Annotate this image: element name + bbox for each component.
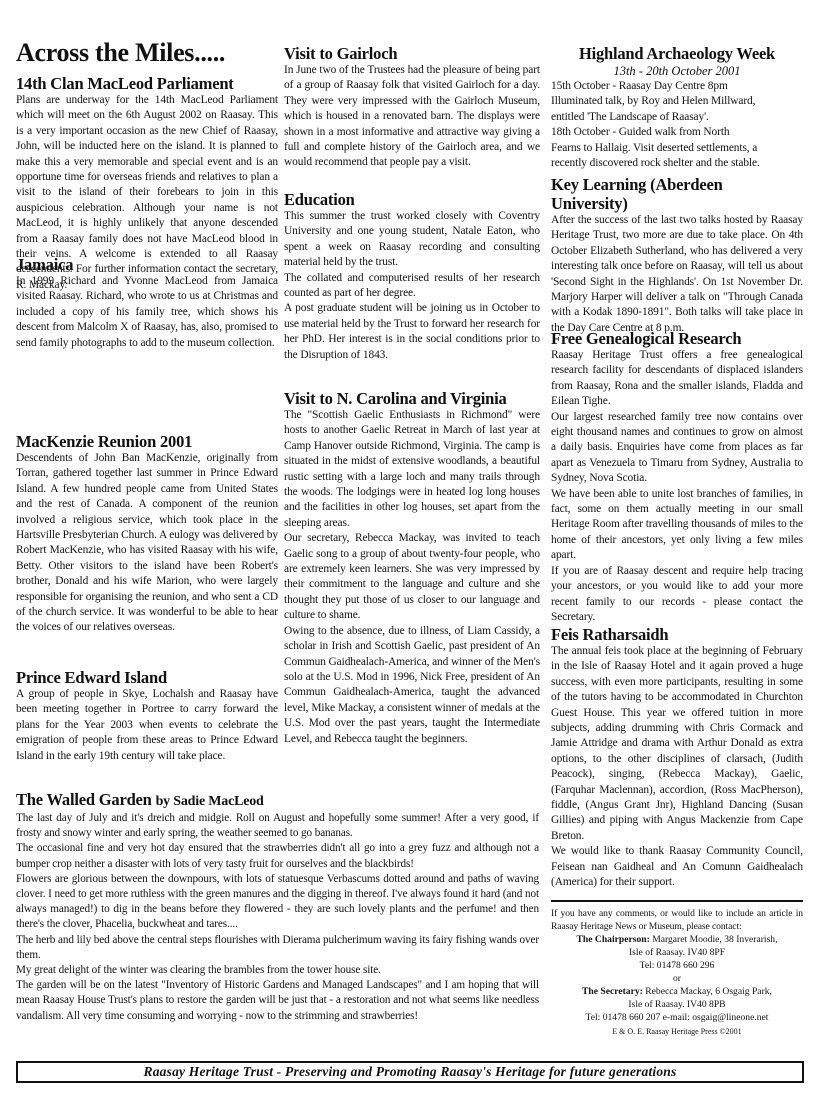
section-heading: Education bbox=[284, 190, 540, 209]
section-paragraph: If you are of Raasay descent and require… bbox=[551, 564, 803, 626]
section-paragraph: The last day of July and it's dreich and… bbox=[16, 811, 539, 841]
section-heading: Visit to Gairloch bbox=[284, 44, 540, 63]
section-archaeology-week: Highland Archaeology Week 13th - 20th Oc… bbox=[551, 44, 803, 171]
section-heading: The Walled Garden by Sadie MacLeod bbox=[16, 790, 539, 811]
chairperson-address-2: Isle of Raasay. IV40 8PF bbox=[551, 946, 803, 959]
event-dates: 13th - 20th October 2001 bbox=[551, 63, 803, 79]
event-line: entitled 'The Landscape of Raasay'. bbox=[551, 110, 803, 125]
secretary-line: The Secretary: Rebecca Mackay, 6 Osgaig … bbox=[551, 985, 803, 998]
event-line: recently discovered rock shelter and the… bbox=[551, 156, 803, 171]
secretary-address-2: Isle of Raasay. IV40 8PB bbox=[551, 998, 803, 1011]
event-line: 15th October - Raasay Day Centre 8pm bbox=[551, 79, 803, 94]
section-paragraph: The collated and computerised results of… bbox=[284, 271, 540, 302]
section-paragraph: Owing to the absence, due to illness, of… bbox=[284, 624, 540, 747]
section-heading: Visit to N. Carolina and Virginia bbox=[284, 389, 540, 408]
section-paragraph: Flowers are glorious between the downpou… bbox=[16, 872, 539, 933]
section-prince-edward-island: Prince Edward Island A group of people i… bbox=[16, 668, 278, 764]
section-paragraph: The "Scottish Gaelic Enthusiasts in Rich… bbox=[284, 408, 540, 531]
section-carolina-virginia: Visit to N. Carolina and Virginia The "S… bbox=[284, 389, 540, 747]
footer-banner: Raasay Heritage Trust - Preserving and P… bbox=[16, 1061, 804, 1083]
section-paragraph: The annual feis took place at the beginn… bbox=[551, 644, 803, 844]
section-key-learning: Key Learning (Aberdeen University) After… bbox=[551, 175, 803, 336]
section-paragraph: My great delight of the winter was clear… bbox=[16, 963, 539, 978]
garden-title: The Walled Garden bbox=[16, 790, 152, 809]
divider bbox=[551, 900, 803, 902]
section-gairloch: Visit to Gairloch In June two of the Tru… bbox=[284, 44, 540, 171]
section-paragraph: We have been able to unite lost branches… bbox=[551, 487, 803, 564]
chairperson-tel: Tel: 01478 660 296 bbox=[551, 959, 803, 972]
secretary-address: Rebecca Mackay, 6 Osgaig Park, bbox=[643, 986, 772, 997]
section-paragraph: The herb and lily bed above the central … bbox=[16, 933, 539, 963]
section-body: In June two of the Trustees had the plea… bbox=[284, 63, 540, 171]
section-body: In 1999 Richard and Yvonne MacLeod from … bbox=[16, 274, 278, 351]
section-education: Education This summer the trust worked c… bbox=[284, 190, 540, 363]
section-heading: MacKenzie Reunion 2001 bbox=[16, 432, 278, 451]
section-feis: Feis Ratharsaidh The annual feis took pl… bbox=[551, 625, 803, 891]
section-paragraph: This summer the trust worked closely wit… bbox=[284, 209, 540, 271]
section-paragraph: Our largest researched family tree now c… bbox=[551, 410, 803, 487]
event-line: 18th October - Guided walk from North bbox=[551, 125, 803, 140]
section-heading: Prince Edward Island bbox=[16, 668, 278, 687]
event-line: Illuminated talk, by Roy and Helen Millw… bbox=[551, 94, 803, 109]
secretary-label: The Secretary: bbox=[582, 986, 643, 997]
section-heading: Free Genealogical Research bbox=[551, 329, 803, 348]
section-heading: Jamaica bbox=[16, 255, 278, 274]
chairperson-label: The Chairperson: bbox=[577, 934, 650, 945]
section-jamaica: Jamaica In 1999 Richard and Yvonne MacLe… bbox=[16, 255, 278, 351]
section-paragraph: Raasay Heritage Trust offers a free gene… bbox=[551, 348, 803, 410]
section-body: After the success of the last two talks … bbox=[551, 213, 803, 336]
section-paragraph: The garden will be on the latest "Invent… bbox=[16, 978, 539, 1024]
section-paragraph: We would like to thank Raasay Community … bbox=[551, 844, 803, 890]
contact-intro: If you have any comments, or would like … bbox=[551, 907, 803, 933]
or-separator: or bbox=[551, 972, 803, 985]
section-walled-garden: The Walled Garden by Sadie MacLeod The l… bbox=[16, 790, 539, 1024]
contact-box: If you have any comments, or would like … bbox=[551, 894, 803, 1036]
section-heading: Feis Ratharsaidh bbox=[551, 625, 803, 644]
section-paragraph: The occasional fine and very hot day ens… bbox=[16, 841, 539, 871]
chairperson-address: Margaret Moodie, 38 Inverarish, bbox=[650, 934, 778, 945]
copyright-note: E & O. E. Raasay Heritage Press ©2001 bbox=[551, 1027, 803, 1036]
section-mackenzie-reunion: MacKenzie Reunion 2001 Descendents of Jo… bbox=[16, 432, 278, 636]
masthead-title: Across the Miles..... bbox=[16, 38, 225, 68]
secretary-tel-email: Tel: 01478 660 207 e-mail: osgaig@lineon… bbox=[551, 1011, 803, 1024]
section-paragraph: Our secretary, Rebecca Mackay, was invit… bbox=[284, 531, 540, 623]
section-heading: 14th Clan MacLeod Parliament bbox=[16, 74, 278, 93]
section-body: A group of people in Skye, Lochalsh and … bbox=[16, 687, 278, 764]
event-line: Fearns to Hallaig. Visit deserted settle… bbox=[551, 141, 803, 156]
garden-byline: by Sadie MacLeod bbox=[156, 794, 264, 809]
section-genealogy: Free Genealogical Research Raasay Herita… bbox=[551, 329, 803, 625]
chairperson-line: The Chairperson: Margaret Moodie, 38 Inv… bbox=[551, 933, 803, 946]
section-heading: Key Learning (Aberdeen University) bbox=[551, 175, 803, 213]
section-heading: Highland Archaeology Week bbox=[551, 44, 803, 63]
section-paragraph: A post graduate student will be joining … bbox=[284, 301, 540, 363]
section-body: Descendents of John Ban MacKenzie, origi… bbox=[16, 451, 278, 636]
